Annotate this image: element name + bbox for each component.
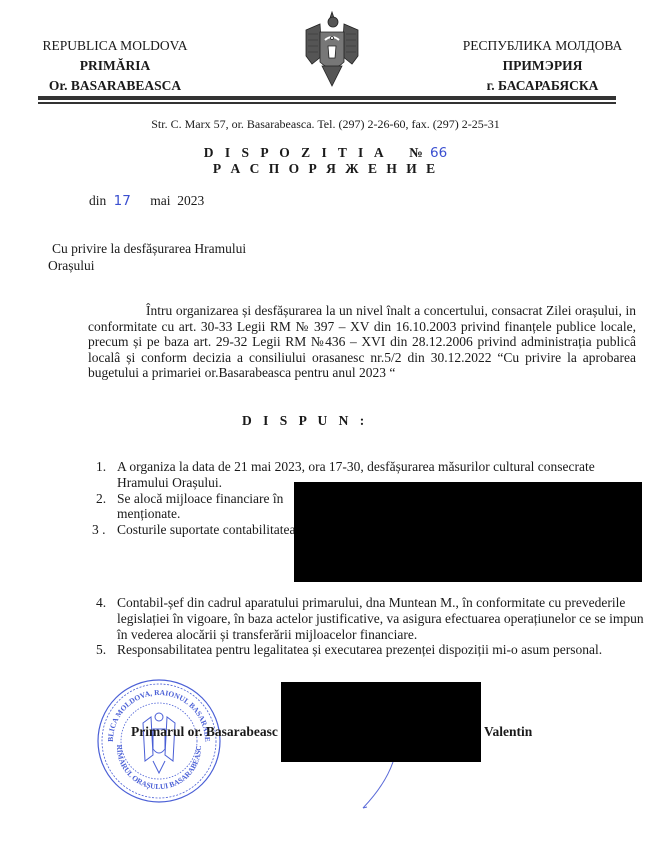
preamble-text: Întru organizarea și desfășurarea la un … bbox=[88, 303, 636, 380]
header-country-ru: РЕСПУБЛИКА МОЛДОВА bbox=[455, 36, 630, 56]
signer-title: Primarul or. Basarabeasc bbox=[131, 724, 278, 740]
document-number: 66 bbox=[430, 145, 447, 161]
number-sign: № bbox=[409, 145, 423, 160]
list-item: 4. Contabil-șef din cadrul aparatului pr… bbox=[96, 595, 646, 642]
official-stamp-icon: REPUBLICA MOLDOVA, RAIONUL BASARABEASCA … bbox=[95, 677, 223, 805]
redaction-block bbox=[294, 482, 642, 582]
moldova-coat-of-arms-icon bbox=[300, 6, 364, 90]
document-title-ru: Р А С П О Р Я Ж Е Н И Е bbox=[0, 161, 651, 177]
header-institution-ru: ПРИМЭРИЯ bbox=[455, 56, 630, 76]
redaction-block bbox=[281, 682, 481, 762]
header-left-block: REPUBLICA MOLDOVA PRIMĂRIA Or. BASARABEA… bbox=[30, 36, 200, 96]
handwritten-signature-icon bbox=[355, 760, 415, 815]
list-item: 5. Responsabilitatea pentru legalitatea … bbox=[96, 642, 646, 658]
address-line: Str. C. Marx 57, or. Basarabeasca. Tel. … bbox=[0, 117, 651, 132]
date-month-year: mai 2023 bbox=[150, 193, 204, 208]
document-date: din 17 mai 2023 bbox=[89, 193, 204, 209]
header-right-block: РЕСПУБЛИКА МОЛДОВА ПРИМЭРИЯ г. БАСАРАБЯС… bbox=[455, 36, 630, 96]
preamble-paragraph: Întru organizarea și desfășurarea la un … bbox=[88, 303, 636, 381]
header-institution-ro: PRIMĂRIA bbox=[30, 56, 200, 76]
document-subject: Cu privire la desfășurarea Hramului Oraș… bbox=[52, 240, 312, 274]
date-day-handwritten: 17 bbox=[114, 193, 131, 209]
signer-name-fragment: Valentin bbox=[484, 724, 532, 740]
dispun-heading: D I S P U N : bbox=[242, 413, 368, 429]
header-city-ro: Or. BASARABEASCA bbox=[30, 76, 200, 96]
header-city-ru: г. БАСАРАБЯСКА bbox=[455, 76, 630, 96]
header-divider bbox=[38, 96, 616, 105]
header-country-ro: REPUBLICA MOLDOVA bbox=[30, 36, 200, 56]
date-prefix: din bbox=[89, 193, 106, 208]
subject-line-1: Cu privire la desfășurarea Hramului bbox=[52, 240, 312, 257]
subject-line-2: Orașului bbox=[48, 257, 312, 274]
document-title-ro: D I S P O Z I T I A № 66 bbox=[0, 145, 651, 161]
title-ro-text: D I S P O Z I T I A bbox=[204, 145, 387, 160]
